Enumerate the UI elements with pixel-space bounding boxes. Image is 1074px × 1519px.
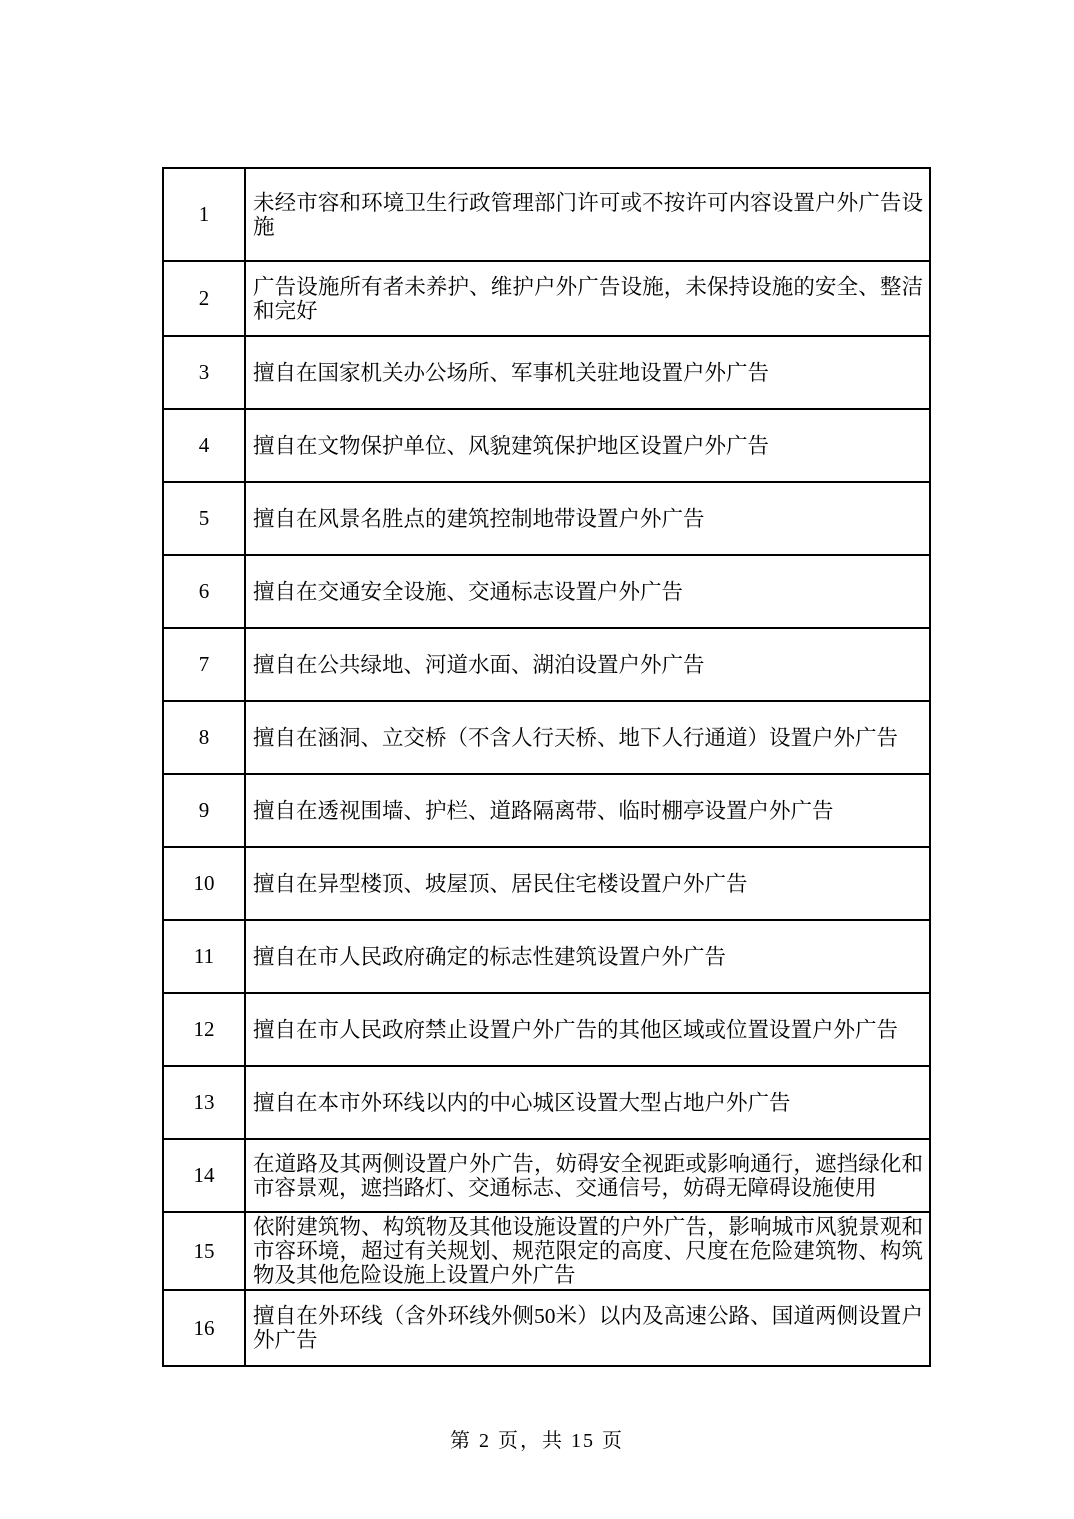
row-number-cell: 13: [163, 1066, 245, 1139]
table-row: 16擅自在外环线（含外环线外侧50米）以内及高速公路、国道两侧设置户外广告: [163, 1290, 930, 1366]
row-number-cell: 16: [163, 1290, 245, 1366]
table-row: 14在道路及其两侧设置户外广告，妨碍安全视距或影响通行，遮挡绿化和市容景观，遮挡…: [163, 1139, 930, 1212]
row-content-cell: 擅自在外环线（含外环线外侧50米）以内及高速公路、国道两侧设置户外广告: [245, 1290, 930, 1366]
row-content-cell: 擅自在涵洞、立交桥（不含人行天桥、地下人行通道）设置户外广告: [245, 701, 930, 774]
row-number-cell: 7: [163, 628, 245, 701]
row-content-cell: 擅自在风景名胜点的建筑控制地带设置户外广告: [245, 482, 930, 555]
row-number-cell: 5: [163, 482, 245, 555]
row-number-cell: 8: [163, 701, 245, 774]
table-row: 4擅自在文物保护单位、风貌建筑保护地区设置户外广告: [163, 409, 930, 482]
row-number-cell: 4: [163, 409, 245, 482]
row-content-cell: 依附建筑物、构筑物及其他设施设置的户外广告，影响城市风貌景观和市容环境，超过有关…: [245, 1212, 930, 1290]
row-content-cell: 擅自在文物保护单位、风貌建筑保护地区设置户外广告: [245, 409, 930, 482]
row-number-cell: 14: [163, 1139, 245, 1212]
table-row: 7擅自在公共绿地、河道水面、湖泊设置户外广告: [163, 628, 930, 701]
table-row: 9擅自在透视围墙、护栏、道路隔离带、临时棚亭设置户外广告: [163, 774, 930, 847]
row-content-cell: 在道路及其两侧设置户外广告，妨碍安全视距或影响通行，遮挡绿化和市容景观，遮挡路灯…: [245, 1139, 930, 1212]
violations-table: 1未经市容和环境卫生行政管理部门许可或不按许可内容设置户外广告设施2广告设施所有…: [162, 167, 931, 1367]
row-content-cell: 未经市容和环境卫生行政管理部门许可或不按许可内容设置户外广告设施: [245, 168, 930, 261]
table-row: 1未经市容和环境卫生行政管理部门许可或不按许可内容设置户外广告设施: [163, 168, 930, 261]
row-number-cell: 15: [163, 1212, 245, 1290]
row-content-cell: 广告设施所有者未养护、维护户外广告设施，未保持设施的安全、整洁和完好: [245, 261, 930, 336]
table-row: 3擅自在国家机关办公场所、军事机关驻地设置户外广告: [163, 336, 930, 409]
row-content-cell: 擅自在市人民政府禁止设置户外广告的其他区域或位置设置户外广告: [245, 993, 930, 1066]
table-row: 8擅自在涵洞、立交桥（不含人行天桥、地下人行通道）设置户外广告: [163, 701, 930, 774]
row-number-cell: 11: [163, 920, 245, 993]
row-number-cell: 6: [163, 555, 245, 628]
row-number-cell: 3: [163, 336, 245, 409]
row-content-cell: 擅自在公共绿地、河道水面、湖泊设置户外广告: [245, 628, 930, 701]
table-row: 5擅自在风景名胜点的建筑控制地带设置户外广告: [163, 482, 930, 555]
page-number-text: 第 2 页，共 15 页: [450, 1430, 624, 1452]
table-row: 15依附建筑物、构筑物及其他设施设置的户外广告，影响城市风貌景观和市容环境，超过…: [163, 1212, 930, 1290]
row-content-cell: 擅自在透视围墙、护栏、道路隔离带、临时棚亭设置户外广告: [245, 774, 930, 847]
row-number-cell: 12: [163, 993, 245, 1066]
table-row: 11擅自在市人民政府确定的标志性建筑设置户外广告: [163, 920, 930, 993]
row-content-cell: 擅自在异型楼顶、坡屋顶、居民住宅楼设置户外广告: [245, 847, 930, 920]
row-content-cell: 擅自在交通安全设施、交通标志设置户外广告: [245, 555, 930, 628]
row-number-cell: 10: [163, 847, 245, 920]
document-page: 1未经市容和环境卫生行政管理部门许可或不按许可内容设置户外广告设施2广告设施所有…: [0, 0, 1074, 1519]
table-row: 12擅自在市人民政府禁止设置户外广告的其他区域或位置设置户外广告: [163, 993, 930, 1066]
row-content-cell: 擅自在市人民政府确定的标志性建筑设置户外广告: [245, 920, 930, 993]
table-row: 10擅自在异型楼顶、坡屋顶、居民住宅楼设置户外广告: [163, 847, 930, 920]
table-row: 2广告设施所有者未养护、维护户外广告设施，未保持设施的安全、整洁和完好: [163, 261, 930, 336]
table-row: 13擅自在本市外环线以内的中心城区设置大型占地户外广告: [163, 1066, 930, 1139]
violations-table-body: 1未经市容和环境卫生行政管理部门许可或不按许可内容设置户外广告设施2广告设施所有…: [163, 168, 930, 1366]
row-number-cell: 2: [163, 261, 245, 336]
page-footer: 第 2 页，共 15 页: [0, 1424, 1074, 1453]
row-content-cell: 擅自在本市外环线以内的中心城区设置大型占地户外广告: [245, 1066, 930, 1139]
table-row: 6擅自在交通安全设施、交通标志设置户外广告: [163, 555, 930, 628]
row-content-cell: 擅自在国家机关办公场所、军事机关驻地设置户外广告: [245, 336, 930, 409]
row-number-cell: 1: [163, 168, 245, 261]
row-number-cell: 9: [163, 774, 245, 847]
